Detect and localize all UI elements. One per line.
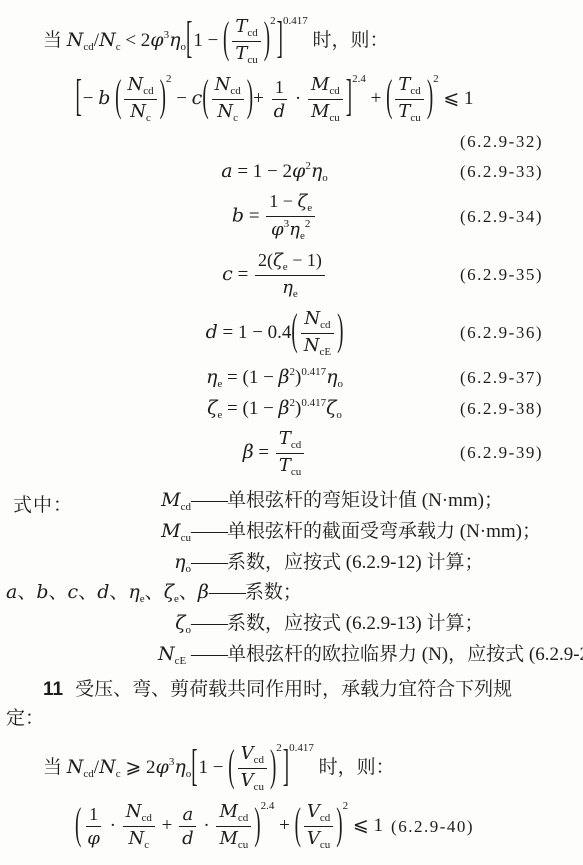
fraction: TcdTcu [276, 428, 304, 479]
math-variable: d [182, 828, 194, 849]
math-variable: η [206, 366, 217, 388]
math-variable: ζ [297, 191, 307, 212]
math-text: 当 [43, 30, 67, 51]
fraction-numerator: Mcd [216, 801, 251, 827]
definition-dash: —— [191, 644, 227, 666]
close-bracket: ) [160, 73, 166, 125]
equation-6-2-9-39: β = TcdTcu(6.2.9-39) [6, 428, 543, 479]
bracket-group: (TcdTcu)2 [223, 16, 276, 67]
definition-dash: —— [191, 490, 227, 512]
bracket-body: 1φ · NcdNc + ad · McdMcu [81, 801, 254, 852]
math-variable: N [99, 756, 116, 778]
math-variable: N [67, 756, 84, 778]
math-text: 、 [49, 582, 68, 603]
open-bracket: ( [228, 742, 234, 794]
math-variable: N [67, 29, 84, 51]
subscript: cu [329, 112, 339, 124]
math-variable: φ [292, 160, 305, 182]
math-text: − 1) [288, 250, 322, 270]
math-text: ⩾ 2 [121, 757, 156, 778]
open-bracket: [ [75, 73, 81, 125]
definition-term-content: ζo [175, 613, 191, 634]
math-variable: T [279, 455, 291, 476]
math-variable: N [217, 101, 233, 122]
equation-6-2-9-37: ηe = (1 − β2)0.417ηo(6.2.9-37) [6, 366, 543, 390]
math-variable: β [279, 397, 290, 419]
fraction-denominator: Vcu [238, 769, 267, 794]
fraction: NcdNc [124, 74, 156, 125]
group-exponent: 2 [343, 800, 349, 812]
where-definition-row: ζo——系数，应按式 (6.2.9-13) 计算； [6, 610, 543, 639]
math-variable: T [279, 428, 291, 449]
math-text: 、 [17, 582, 36, 603]
fraction: 1d [271, 77, 289, 122]
math-text: 、 [78, 582, 97, 603]
subscript: cd [320, 319, 330, 331]
close-bracket: ) [427, 73, 433, 125]
math-text: = 1 − 0.4 [218, 322, 292, 343]
fraction-numerator: Tcd [232, 16, 260, 42]
math-variable: φ [271, 219, 284, 240]
open-bracket: ( [115, 73, 121, 125]
math-text: 1 − [269, 191, 297, 211]
open-bracket: ( [75, 800, 81, 852]
math-text: 、 [179, 582, 198, 603]
where-definition-row: a、b、c、d、ηe、ζe、β——系数； [6, 579, 543, 608]
math-variable: η [326, 366, 337, 388]
math-text: = 1 − 2 [233, 161, 292, 182]
fraction-denominator: ηe [279, 276, 301, 301]
equation-number: (6.2.9-35) [460, 265, 543, 285]
subscript: o [336, 409, 342, 421]
fraction: TcdTcu [395, 74, 423, 125]
subscript: cd [247, 27, 257, 39]
fraction: VcdVcu [238, 743, 267, 794]
math-text: < 2 [121, 30, 151, 51]
equation-formula: ηe = (1 − β2)0.417ηo [206, 366, 343, 390]
subscript: o [322, 172, 328, 184]
subscript: cu [238, 839, 248, 851]
math-variable: T [235, 43, 247, 64]
close-bracket: ) [254, 800, 260, 852]
math-text: 2( [258, 250, 273, 270]
equation-number: (6.2.9-34) [460, 207, 543, 227]
equation-formula: b = 1 − ζeφ3ηe2 [232, 191, 317, 243]
math-variable: N [215, 74, 231, 95]
subscript: cd [143, 85, 153, 97]
superscript: 0.417 [301, 397, 326, 409]
math-variable: V [307, 828, 320, 849]
math-variable: V [241, 770, 254, 791]
math-variable: β [198, 581, 209, 603]
equation-number: (6.2.9-38) [460, 399, 543, 419]
equation-number: (6.2.9-32) [460, 132, 543, 151]
fraction-numerator: Mcd [308, 74, 343, 100]
subscript: c [146, 112, 151, 124]
math-variable: ζ [273, 250, 283, 271]
subscript: e [300, 230, 305, 242]
math-text: 当 [43, 757, 67, 778]
math-variable: d [274, 101, 286, 122]
equation-6-2-9-32: [− b (NcdNc)2 − c(NcdNc)+ 1d · McdMcu]2.… [6, 74, 543, 125]
fraction: ad [179, 804, 197, 849]
subscript: cE [320, 346, 332, 358]
bracket-group: (NcdNc)2 [115, 74, 171, 125]
math-variable: η [174, 551, 185, 573]
math-variable: b [98, 87, 110, 109]
subscript: cE [175, 655, 187, 667]
subscript: cd [141, 812, 151, 824]
math-text: = [244, 205, 264, 226]
math-text: = (1 − [222, 367, 278, 388]
clause-number: 11 [43, 679, 63, 700]
math-text: ⩽ 1 [348, 815, 383, 836]
math-variable: N [304, 308, 320, 329]
definition-dash: —— [191, 552, 227, 574]
condition-formula: 当 Ncd/Nc < 2φ3ηo[1 − (TcdTcu)2]0.417 时，则… [43, 16, 388, 67]
fraction: NcdNc [123, 801, 155, 852]
fraction-numerator: Tcd [395, 74, 423, 100]
close-bracket: ] [283, 742, 289, 794]
definition-description: 单根弦杆的欧拉临界力 (N)，应按式 (6.2.9-20) 计算。 [227, 641, 519, 669]
fraction-denominator: Nc [214, 100, 241, 125]
math-variable: η [311, 160, 322, 182]
math-variable: V [307, 801, 320, 822]
fraction-numerator: Ncd [123, 801, 155, 827]
equation-6-2-9-40: (1φ · NcdNc + ad · McdMcu)2.4 + (VcdVcu)… [6, 801, 543, 852]
open-bracket: [ [191, 742, 197, 794]
math-variable: M [311, 101, 329, 122]
fraction-denominator: Vcu [304, 827, 333, 852]
equation-number: (6.2.9-37) [460, 368, 543, 388]
math-variable: η [289, 219, 300, 240]
subscript: cd [254, 754, 264, 766]
math-variable: N [99, 29, 116, 51]
fraction-numerator: Vcd [238, 743, 267, 769]
bracket-group: [1 − (TcdTcu)2]0.417 [186, 16, 308, 67]
equation-number: (6.2.9-36) [460, 323, 543, 343]
bracket-group: (VcdVcu)2 [295, 801, 349, 852]
subscript: cd [320, 812, 330, 824]
math-variable: φ [87, 828, 100, 849]
equation-6-2-9-38: ζe = (1 − β2)0.417ζo(6.2.9-38) [6, 397, 543, 421]
math-text: − [83, 88, 98, 109]
definition-dash: —— [191, 521, 227, 543]
math-variable: ζ [326, 397, 336, 419]
math-text: 1 [275, 77, 284, 97]
bracket-body: 1 − (TcdTcu)2 [192, 16, 276, 67]
fraction: 2(ζe − 1)ηe [255, 250, 325, 301]
math-variable: N [304, 335, 320, 356]
math-variable: V [241, 743, 254, 764]
fraction-numerator: 1 [272, 77, 287, 100]
definition-term-content: Mcd [161, 490, 191, 511]
close-bracket: ] [346, 73, 352, 125]
math-variable: c [68, 581, 79, 603]
fraction-numerator: Vcd [304, 801, 333, 827]
definition-term: a、b、c、d、ηe、ζe、β [6, 579, 209, 608]
document-page: 当 Ncd/Nc < 2φ3ηo[1 − (TcdTcu)2]0.417 时，则… [0, 0, 583, 865]
fraction: McdMcu [216, 801, 251, 852]
equation-formula: ζe = (1 − β2)0.417ζo [207, 397, 342, 421]
group-exponent: 2.4 [352, 73, 366, 85]
fraction-denominator: Tcu [276, 454, 304, 479]
close-bracket: ) [264, 15, 270, 67]
math-text: 1 − [199, 757, 229, 778]
math-variable: a [221, 160, 232, 182]
fraction: TcdTcu [232, 16, 260, 67]
bracket-body: TcdTcu [392, 74, 426, 125]
bracket-body: VcdVcu [235, 743, 270, 794]
bracket-group: (VcdVcu)2 [228, 743, 282, 794]
group-exponent: 2 [166, 73, 172, 85]
close-bracket: ] [277, 15, 283, 67]
subscript: e [307, 202, 312, 214]
bracket-group: (1φ · NcdNc + ad · McdMcu)2.4 [75, 801, 274, 852]
subscript: cu [291, 466, 301, 478]
definition-term: NcE [6, 641, 191, 670]
subscript: cd [230, 85, 240, 97]
subscript: cd [410, 85, 420, 97]
math-text: + [366, 88, 386, 109]
open-bracket: ( [202, 73, 208, 125]
open-bracket: ( [386, 73, 392, 125]
subscript: cu [181, 532, 191, 544]
subscript: o [338, 378, 344, 390]
subscript: cu [247, 54, 257, 66]
math-variable: c [222, 263, 233, 285]
fraction-numerator: Ncd [212, 74, 244, 100]
definition-term: Mcu [6, 518, 191, 547]
fraction-numerator: a [179, 804, 196, 827]
open-bracket: ( [291, 307, 297, 359]
equation-formula: β = TcdTcu [243, 428, 307, 479]
math-variable: η [282, 277, 293, 298]
math-variable: φ [156, 756, 169, 778]
math-variable: M [219, 828, 237, 849]
condition-6-2-9-32: 当 Ncd/Nc < 2φ3ηo[1 − (TcdTcu)2]0.417 时，则… [6, 16, 543, 67]
math-variable: M [161, 489, 180, 511]
equation-formula: [− b (NcdNc)2 − c(NcdNc)+ 1d · McdMcu]2.… [75, 74, 473, 125]
math-text: 时，则： [314, 757, 395, 778]
math-variable: d [97, 581, 109, 603]
math-text: · [290, 88, 306, 109]
definition-term-content: ηo [174, 552, 191, 573]
open-bracket: ( [295, 800, 301, 852]
condition-6-2-9-40: 当 Ncd/Nc ⩾ 2φ3ηo[1 − (VcdVcu)2]0.417 时，则… [6, 743, 543, 794]
math-variable: a [6, 581, 17, 603]
equation-formula: c = 2(ζe − 1)ηe [222, 250, 327, 301]
math-variable: η [169, 29, 180, 51]
open-bracket: ( [223, 15, 229, 67]
group-exponent: 2 [270, 15, 276, 27]
bracket-body: NcdNc [209, 74, 247, 125]
group-exponent: 2 [433, 73, 439, 85]
bracket-group: [− b (NcdNc)2 − c(NcdNc)+ 1d · McdMcu]2.… [75, 74, 365, 125]
definition-term-content: NcE [158, 644, 191, 665]
subscript: c [233, 112, 238, 124]
equation-number: (6.2.9-40) [391, 817, 474, 836]
math-variable: a [182, 804, 193, 825]
math-text: = [254, 442, 274, 463]
close-bracket: ) [336, 800, 342, 852]
math-variable: β [243, 441, 254, 463]
subscript: cu [254, 781, 264, 793]
definition-description: 系数，应按式 (6.2.9-13) 计算； [227, 610, 519, 638]
equation-formula: (1φ · NcdNc + ad · McdMcu)2.4 + (VcdVcu)… [75, 801, 383, 852]
definition-description: 单根弦杆的截面受弯承载力 (N·mm)； [227, 518, 519, 546]
bracket-body: TcdTcu [229, 16, 263, 67]
where-definition-row: Mcd——单根弦杆的弯矩设计值 (N·mm)； [6, 487, 543, 516]
math-text: · [105, 815, 121, 836]
math-text: + [253, 88, 268, 109]
math-variable: ζ [164, 581, 174, 603]
math-variable: N [128, 828, 144, 849]
fraction-denominator: Mcu [216, 827, 251, 852]
math-variable: b [36, 581, 48, 603]
definition-description: 系数，应按式 (6.2.9-12) 计算； [227, 549, 519, 577]
math-variable: T [398, 101, 410, 122]
math-variable: c [192, 87, 203, 109]
bracket-group: (TcdTcu)2 [386, 74, 439, 125]
group-exponent: 2.4 [261, 800, 275, 812]
bracket-body: − b (NcdNc)2 − c(NcdNc)+ 1d · McdMcu [82, 74, 346, 125]
definition-term: ηo [6, 549, 191, 578]
math-text: · [199, 815, 215, 836]
fraction-denominator: d [271, 100, 289, 122]
equation-number: (6.2.9-39) [460, 443, 543, 463]
math-variable: M [311, 74, 329, 95]
fraction-numerator: 1 [86, 804, 101, 827]
condition-formula: 当 Ncd/Nc ⩾ 2φ3ηo[1 − (VcdVcu)2]0.417 时，则… [43, 743, 395, 794]
fraction-denominator: Mcu [308, 100, 343, 125]
clause-11: 11受压、弯、剪荷载共同作用时，承载力宜符合下列规定： [6, 676, 526, 733]
close-bracket: ) [247, 73, 253, 125]
where-definition-row: ηo——系数，应按式 (6.2.9-12) 计算； [6, 549, 543, 578]
math-variable: b [232, 204, 244, 226]
math-text: = (1 − [222, 398, 278, 419]
math-variable: T [235, 16, 247, 37]
equation-number: (6.2.9-33) [460, 162, 543, 182]
subscript: cd [329, 85, 339, 97]
equation-formula: a = 1 − 2φ2ηo [221, 160, 327, 184]
equation-6-2-9-36: d = 1 − 0.4(NcdNcE)(6.2.9-36) [6, 308, 543, 359]
math-variable: ζ [175, 612, 185, 634]
math-text: 、 [109, 582, 128, 603]
math-variable: ζ [207, 397, 217, 419]
math-text: 时，则： [308, 30, 389, 51]
fraction: 1 − ζeφ3ηe2 [266, 191, 315, 243]
fraction: NcdNc [212, 74, 244, 125]
bracket-body: NcdNcE [298, 308, 337, 359]
bracket-body: 1 − (VcdVcu)2 [198, 743, 283, 794]
math-variable: η [174, 756, 185, 778]
definition-term-content: a、b、c、d、ηe、ζe、β [6, 582, 209, 603]
fraction-numerator: Ncd [124, 74, 156, 100]
fraction-denominator: d [179, 827, 197, 849]
where-definition-row: Mcu——单根弦杆的截面受弯承载力 (N·mm)； [6, 518, 543, 547]
subscript: cd [238, 812, 248, 824]
math-variable: d [206, 321, 218, 343]
definition-term: ζo [6, 610, 191, 639]
superscript: 0.417 [301, 366, 326, 378]
bracket-body: VcdVcu [301, 801, 336, 852]
close-bracket: ) [270, 742, 276, 794]
math-text: + [274, 815, 294, 836]
definition-description: 单根弦杆的弯矩设计值 (N·mm)； [227, 487, 519, 515]
group-exponent: 0.417 [283, 15, 308, 27]
math-text: ⩽ 1 [439, 88, 474, 109]
subscript: cu [320, 839, 330, 851]
fraction: McdMcu [308, 74, 343, 125]
equation-formula: d = 1 − 0.4(NcdNcE) [206, 308, 344, 359]
math-text: + [157, 815, 177, 836]
fraction-denominator: Nc [125, 827, 152, 852]
where-definition-row: NcE ——单根弦杆的欧拉临界力 (N)，应按式 (6.2.9-20) 计算。 [6, 641, 543, 670]
fraction: 1φ [84, 804, 103, 849]
math-variable: φ [150, 29, 163, 51]
fraction-numerator: 2(ζe − 1) [255, 250, 325, 276]
subscript: cd [83, 768, 93, 780]
fraction-denominator: Tcu [395, 100, 423, 125]
equation-6-2-9-35: c = 2(ζe − 1)ηe(6.2.9-35) [6, 250, 543, 301]
equation-6-2-9-34: b = 1 − ζeφ3ηe2(6.2.9-34) [6, 191, 543, 243]
math-text: 1 [89, 804, 98, 824]
subscript: cd [83, 41, 93, 53]
fraction-denominator: φ3ηe2 [268, 217, 313, 243]
definition-description: 系数； [245, 579, 537, 607]
math-variable: M [161, 520, 180, 542]
equation-number-line: (6.2.9-32) [6, 132, 543, 152]
math-variable: T [398, 74, 410, 95]
math-variable: η [128, 581, 139, 603]
math-variable: N [126, 801, 142, 822]
math-variable: N [130, 101, 146, 122]
subscript: e [293, 288, 298, 300]
group-exponent: 0.417 [289, 742, 314, 754]
fraction-denominator: Nc [127, 100, 154, 125]
math-text: 、 [145, 582, 164, 603]
math-variable: M [219, 801, 237, 822]
math-text: = [233, 264, 253, 285]
equation-6-2-9-33: a = 1 − 2φ2ηo(6.2.9-33) [6, 160, 543, 184]
bracket-group: [1 − (VcdVcu)2]0.417 [191, 743, 314, 794]
fraction-denominator: Tcu [232, 42, 260, 67]
bracket-body: NcdNc [121, 74, 159, 125]
math-variable: N [127, 74, 143, 95]
fraction-numerator: Tcd [276, 428, 304, 454]
definition-dash: —— [209, 582, 245, 604]
bracket-group: (NcdNcE) [291, 308, 343, 359]
math-variable: N [158, 643, 175, 665]
math-variable: β [279, 366, 290, 388]
math-text: − [171, 88, 191, 109]
definition-dash: —— [191, 613, 227, 635]
superscript: 2 [305, 218, 311, 230]
fraction: NcdNcE [301, 308, 334, 359]
fraction-denominator: φ [84, 827, 103, 849]
where-list: 式中：Mcd——单根弦杆的弯矩设计值 (N·mm)；Mcu——单根弦杆的截面受弯… [6, 487, 543, 671]
subscript: cd [181, 501, 191, 513]
group-exponent: 2 [276, 742, 282, 754]
fraction-numerator: 1 − ζe [266, 191, 315, 217]
fraction-denominator: NcE [301, 334, 334, 359]
subscript: c [144, 839, 149, 851]
bracket-group: (NcdNc) [202, 74, 253, 125]
definition-term-content: Mcu [161, 521, 191, 542]
fraction: VcdVcu [304, 801, 333, 852]
open-bracket: [ [186, 15, 192, 67]
